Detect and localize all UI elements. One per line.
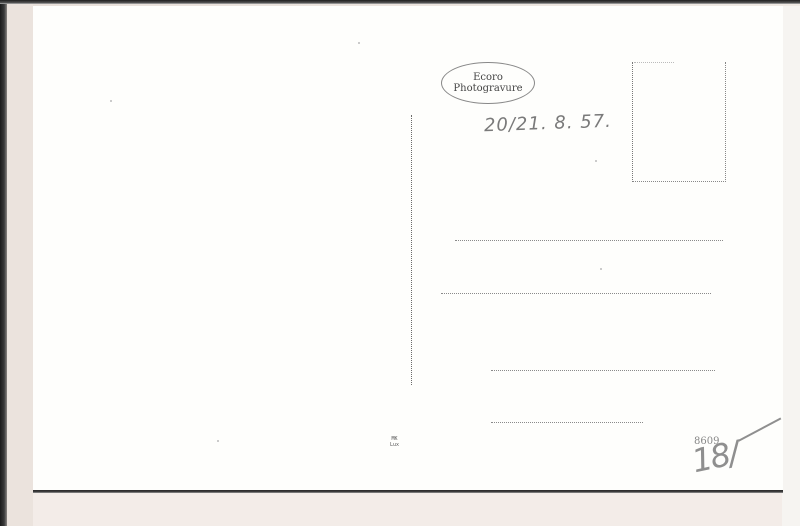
printer-mark: MK Lux — [390, 436, 399, 448]
handwritten-date: 20/21. 8. 57. — [484, 111, 612, 136]
scan-margin-right — [782, 6, 800, 526]
publisher-stamp-line2: Photogravure — [453, 83, 522, 94]
address-line-1 — [455, 240, 723, 241]
publisher-stamp: Ecoro Photogravure — [441, 62, 535, 104]
address-line-4 — [491, 422, 643, 423]
paper-speck — [358, 42, 360, 44]
stamp-box-top-edge — [634, 62, 674, 63]
scan-margin-bottom — [33, 492, 800, 526]
paper-speck — [600, 268, 602, 270]
scanner-edge-top — [0, 0, 800, 4]
message-address-divider — [411, 115, 412, 385]
address-line-2 — [441, 293, 711, 294]
paper-speck — [110, 100, 112, 102]
stamp-box — [632, 62, 726, 182]
paper-speck — [595, 160, 597, 162]
scan-margin-left — [7, 4, 33, 526]
scanner-edge-left — [0, 0, 7, 526]
address-line-3 — [491, 370, 715, 371]
publisher-stamp-line1: Ecoro — [473, 72, 503, 83]
paper-speck — [217, 440, 219, 442]
printer-mark-line2: Lux — [390, 442, 399, 448]
